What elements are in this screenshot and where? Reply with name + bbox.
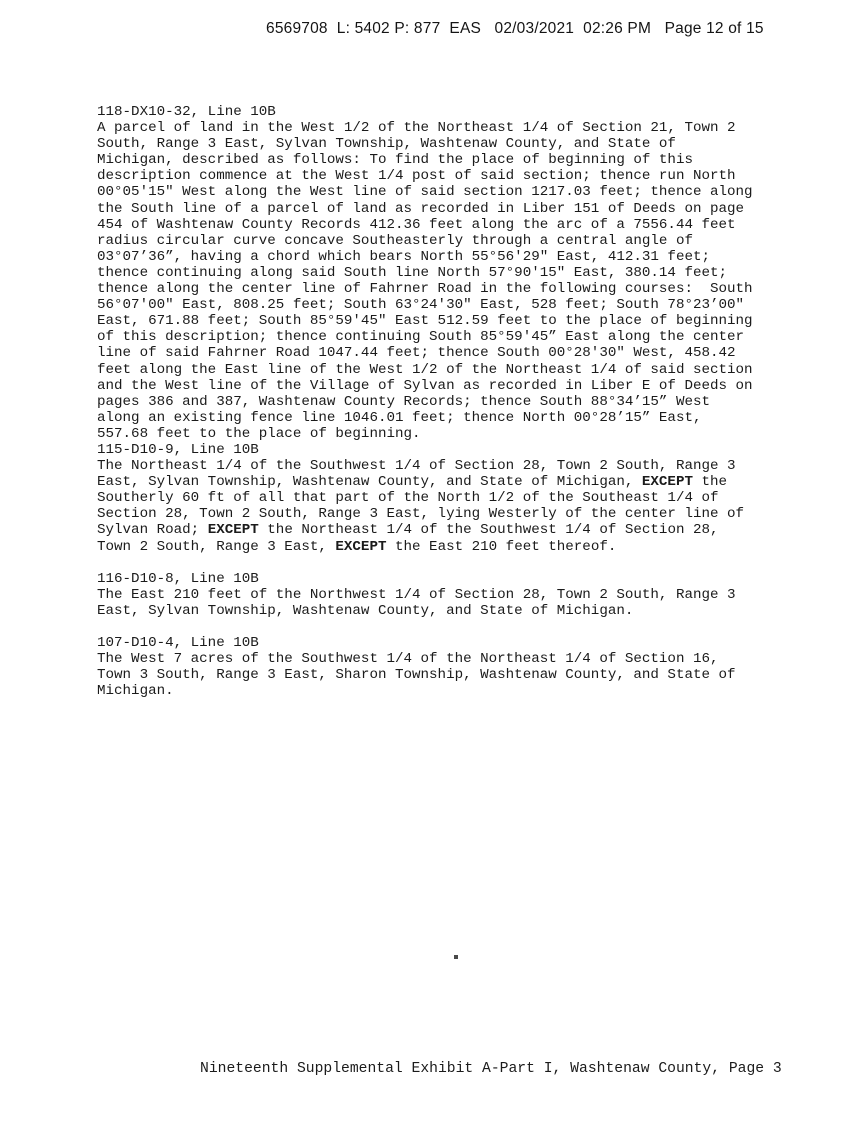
text-line: pages 386 and 387, Washtenaw County Reco…: [97, 394, 787, 410]
text-line: and the West line of the Village of Sylv…: [97, 378, 787, 394]
text-line: Sylvan Road; EXCEPT the Northeast 1/4 of…: [97, 522, 787, 538]
text-line: 118-DX10-32, Line 10B: [97, 104, 787, 120]
text-line: along an existing fence line 1046.01 fee…: [97, 410, 787, 426]
text-line: East, Sylvan Township, Washtenaw County,…: [97, 603, 787, 619]
text-line: Town 2 South, Range 3 East, EXCEPT the E…: [97, 539, 787, 555]
scan-artifact-dot: [454, 955, 458, 959]
text-line: The Northeast 1/4 of the Southwest 1/4 o…: [97, 458, 787, 474]
text-line: 115-D10-9, Line 10B: [97, 442, 787, 458]
document-page: 6569708 L: 5402 P: 877 EAS 02/03/2021 02…: [0, 0, 845, 1122]
text-line: 116-D10-8, Line 10B: [97, 571, 787, 587]
text-line: Town 3 South, Range 3 East, Sharon Towns…: [97, 667, 787, 683]
text-line: thence continuing along said South line …: [97, 265, 787, 281]
text-line: [97, 555, 787, 571]
text-line: 107-D10-4, Line 10B: [97, 635, 787, 651]
text-line: radius circular curve concave Southeaste…: [97, 233, 787, 249]
recording-stamp-header: 6569708 L: 5402 P: 877 EAS 02/03/2021 02…: [266, 20, 764, 38]
text-line: description commence at the West 1/4 pos…: [97, 168, 787, 184]
legal-description-body: 118-DX10-32, Line 10BA parcel of land in…: [97, 104, 787, 699]
footer-exhibit-label: Nineteenth Supplemental Exhibit A-Part I…: [200, 1060, 782, 1078]
text-line: [97, 619, 787, 635]
text-line: South, Range 3 East, Sylvan Township, Wa…: [97, 136, 787, 152]
text-line: A parcel of land in the West 1/2 of the …: [97, 120, 787, 136]
text-line: 454 of Washtenaw County Records 412.36 f…: [97, 217, 787, 233]
text-line: The West 7 acres of the Southwest 1/4 of…: [97, 651, 787, 667]
text-line: the South line of a parcel of land as re…: [97, 201, 787, 217]
text-line: The East 210 feet of the Northwest 1/4 o…: [97, 587, 787, 603]
text-line: 03°07’36”, having a chord which bears No…: [97, 249, 787, 265]
text-line: 557.68 feet to the place of beginning.: [97, 426, 787, 442]
text-line: of this description; thence continuing S…: [97, 329, 787, 345]
text-line: East, Sylvan Township, Washtenaw County,…: [97, 474, 787, 490]
text-line: 56°07'00" East, 808.25 feet; South 63°24…: [97, 297, 787, 313]
text-line: East, 671.88 feet; South 85°59'45" East …: [97, 313, 787, 329]
text-line: Michigan, described as follows: To find …: [97, 152, 787, 168]
text-line: line of said Fahrner Road 1047.44 feet; …: [97, 345, 787, 361]
text-line: thence along the center line of Fahrner …: [97, 281, 787, 297]
text-line: Southerly 60 ft of all that part of the …: [97, 490, 787, 506]
text-line: Michigan.: [97, 683, 787, 699]
text-line: 00°05'15" West along the West line of sa…: [97, 184, 787, 200]
text-line: Section 28, Town 2 South, Range 3 East, …: [97, 506, 787, 522]
text-line: feet along the East line of the West 1/2…: [97, 362, 787, 378]
